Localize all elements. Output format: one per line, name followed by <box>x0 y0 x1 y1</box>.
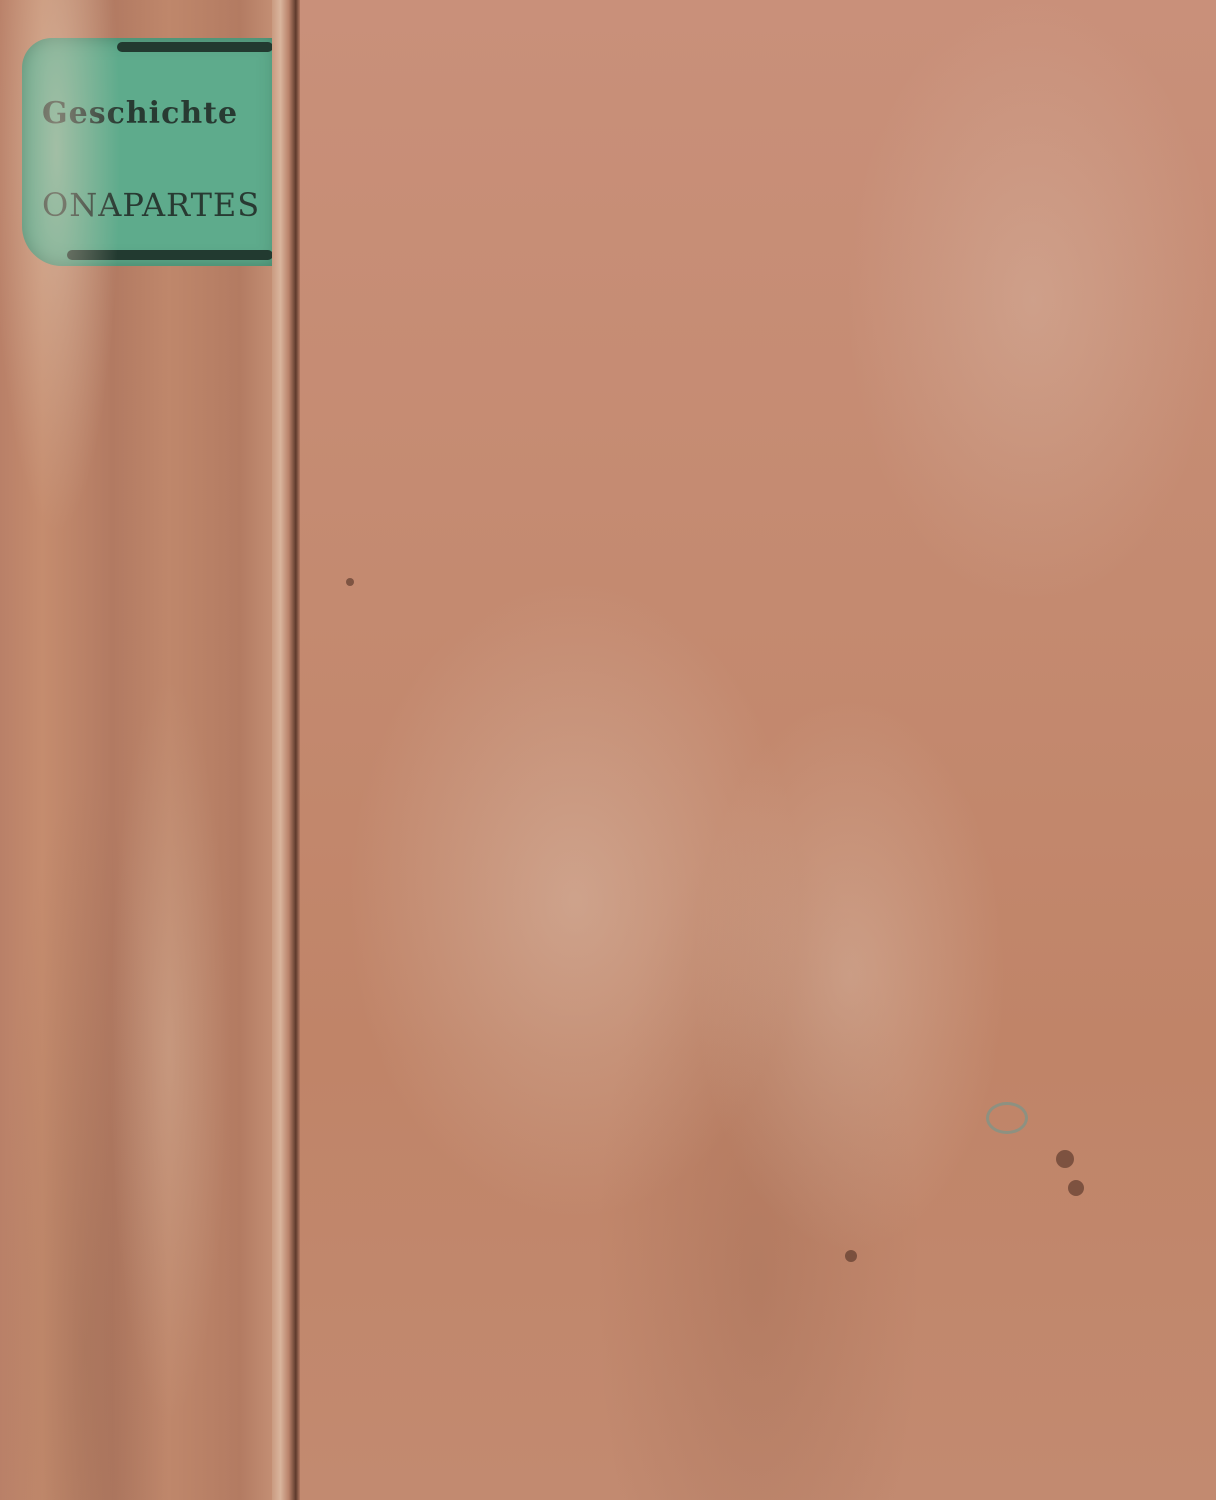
book-hinge <box>272 0 300 1500</box>
stain <box>1056 1150 1074 1168</box>
spine-label: Geschichte ONAPARTES <box>22 38 278 266</box>
book-spine: Geschichte ONAPARTES <box>0 0 282 1500</box>
stain <box>845 1250 857 1262</box>
spine-title-line2: ONAPARTES <box>42 186 260 224</box>
spine-title-line1: Geschichte <box>42 96 238 131</box>
cover-mark <box>986 1102 1028 1134</box>
stain <box>1068 1180 1084 1196</box>
book-front-cover <box>300 0 1216 1500</box>
stain <box>346 578 354 586</box>
label-top-border <box>117 42 273 52</box>
label-bottom-border <box>67 250 273 260</box>
